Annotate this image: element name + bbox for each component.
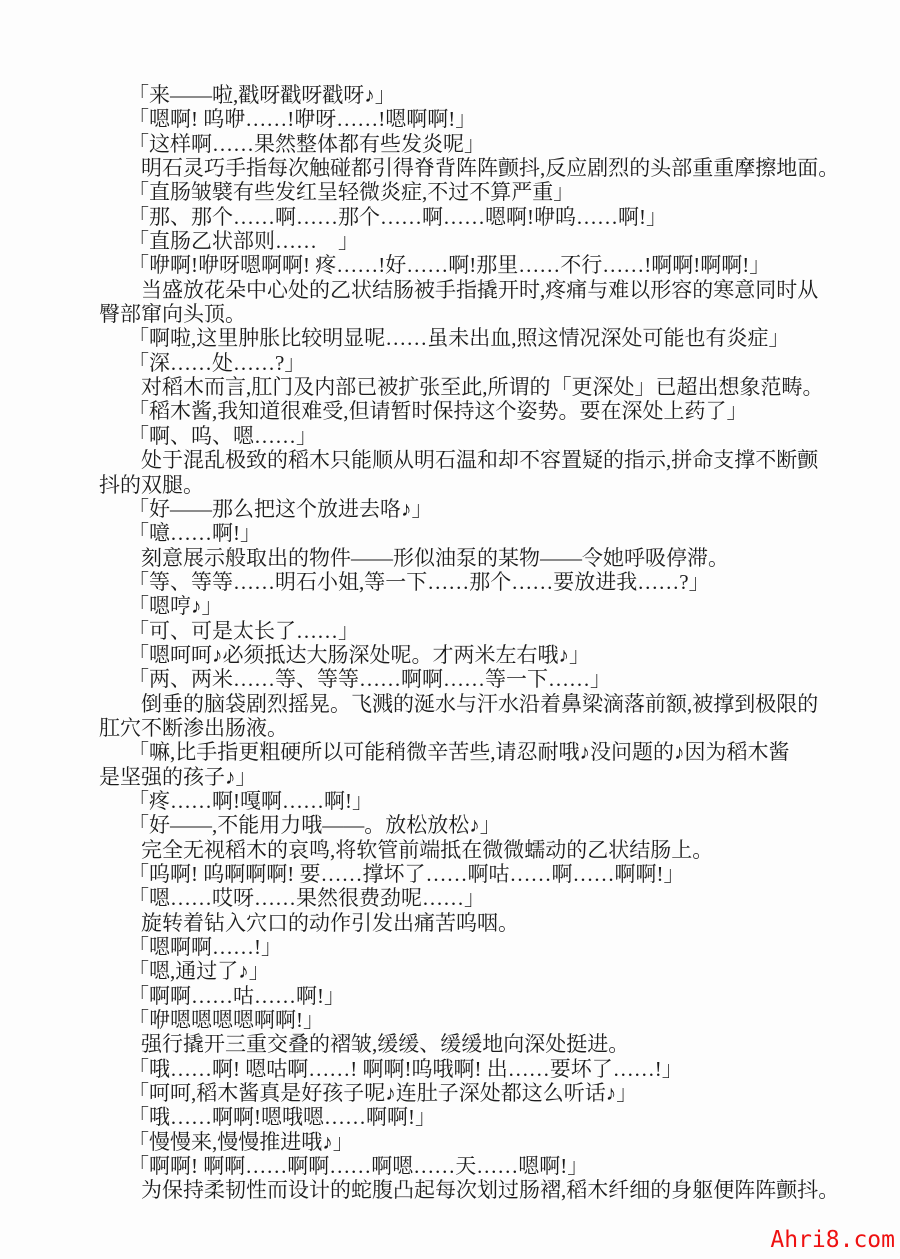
text-line: 当盛放花朵中心处的乙状结肠被手指撬开时,疼痛与难以形容的寒意同时从 (99, 278, 864, 302)
text-line: 「咿嗯嗯嗯嗯啊啊!」 (99, 1008, 864, 1032)
text-line: 「好——,不能用力哦——。放松放松♪」 (99, 813, 864, 837)
text-line: 「慢慢来,慢慢推进哦♪」 (99, 1130, 864, 1154)
text-line: 肛穴不断渗出肠液。 (99, 716, 864, 740)
text-line: 是坚强的孩子♪」 (99, 765, 864, 789)
text-line: 「好——那么把这个放进去咯♪」 (99, 497, 864, 521)
text-line: 「等、等等……明石小姐,等一下……那个……要放进我……?」 (99, 570, 864, 594)
text-line: 「哦……啊啊!嗯哦嗯……啊啊!」 (99, 1105, 864, 1129)
text-line: 「哦……啊! 嗯咕啊……! 啊啊!呜哦啊! 出……要坏了……!」 (99, 1057, 864, 1081)
text-line: 「啊啊……咕……啊!」 (99, 984, 864, 1008)
text-line: 强行撬开三重交叠的褶皱,缓缓、缓缓地向深处挺进。 (99, 1032, 864, 1056)
text-line: 「啊啦,这里肿胀比较明显呢……虽未出血,照这情况深处可能也有炎症」 (99, 326, 864, 350)
text-line: 「那、那个……啊……那个……啊……嗯啊!咿呜……啊!」 (99, 205, 864, 229)
text-line: 抖的双腿。 (99, 473, 864, 497)
text-line: 「嗯哼♪」 (99, 594, 864, 618)
text-line: 「嗯……哎呀……果然很费劲呢……」 (99, 886, 864, 910)
text-line: 「嘛,比手指更粗硬所以可能稍微辛苦些,请忍耐哦♪没问题的♪因为稻木酱 (99, 740, 864, 764)
text-line: 明石灵巧手指每次触碰都引得脊背阵阵颤抖,反应剧烈的头部重重摩擦地面。 (99, 156, 864, 180)
novel-text-block: 「来——啦,戳呀戳呀戳呀♪」「嗯啊! 呜咿……!咿呀……!嗯啊啊!」「这样啊……… (99, 83, 864, 1203)
text-line: 「嗯呵呵♪必须抵达大肠深处呢。才两米左右哦♪」 (99, 643, 864, 667)
text-line: 「呜啊! 呜啊啊啊! 要……撑坏了……啊咕……啊……啊啊!」 (99, 862, 864, 886)
text-line: 为保持柔韧性而设计的蛇腹凸起每次划过肠褶,稻木纤细的身躯便阵阵颤抖。 (99, 1178, 864, 1202)
text-line: 「咿啊!咿呀嗯啊啊! 疼……!好……啊!那里……不行……!啊啊!啊啊!」 (99, 253, 864, 277)
text-line: 「嗯啊啊……!」 (99, 935, 864, 959)
text-line: 「直肠皱襞有些发红呈轻微炎症,不过不算严重」 (99, 180, 864, 204)
text-line: 「啊啊! 啊啊……啊啊……啊嗯……天……嗯啊!」 (99, 1154, 864, 1178)
text-line: 倒垂的脑袋剧烈摇晃。飞溅的涎水与汗水沿着鼻梁滴落前额,被撑到极限的 (99, 692, 864, 716)
text-line: 「稻木酱,我知道很难受,但请暂时保持这个姿势。要在深处上药了」 (99, 399, 864, 423)
scanned-novel-page: 「来——啦,戳呀戳呀戳呀♪」「嗯啊! 呜咿……!咿呀……!嗯啊啊!」「这样啊……… (0, 0, 900, 1259)
text-line: 「直肠乙状部则…… 」 (99, 229, 864, 253)
text-line: 臀部窜向头顶。 (99, 302, 864, 326)
text-line: 「可、可是太长了……」 (99, 619, 864, 643)
text-line: 完全无视稻木的哀鸣,将软管前端抵在微微蠕动的乙状结肠上。 (99, 838, 864, 862)
text-line: 「疼……啊!嘎啊……啊!」 (99, 789, 864, 813)
text-line: 处于混乱极致的稻木只能顺从明石温和却不容置疑的指示,拼命支撑不断颤 (99, 448, 864, 472)
text-line: 「啊、呜、嗯……」 (99, 424, 864, 448)
text-line: 「噫……啊!」 (99, 521, 864, 545)
text-line: 「两、两米……等、等等……啊啊……等一下……」 (99, 667, 864, 691)
text-line: 「这样啊……果然整体都有些发炎呢」 (99, 132, 864, 156)
text-line: 旋转着钻入穴口的动作引发出痛苦呜咽。 (99, 911, 864, 935)
text-line: 「深……处……?」 (99, 351, 864, 375)
site-watermark: Ahri8.com (770, 1227, 895, 1253)
text-line: 「来——啦,戳呀戳呀戳呀♪」 (99, 83, 864, 107)
text-line: 对稻木而言,肛门及内部已被扩张至此,所谓的「更深处」已超出想象范畴。 (99, 375, 864, 399)
text-line: 「嗯啊! 呜咿……!咿呀……!嗯啊啊!」 (99, 107, 864, 131)
text-line: 刻意展示般取出的物件——形似油泵的某物——令她呼吸停滞。 (99, 546, 864, 570)
text-line: 「呵呵,稻木酱真是好孩子呢♪连肚子深处都这么听话♪」 (99, 1081, 864, 1105)
text-line: 「嗯,通过了♪」 (99, 959, 864, 983)
